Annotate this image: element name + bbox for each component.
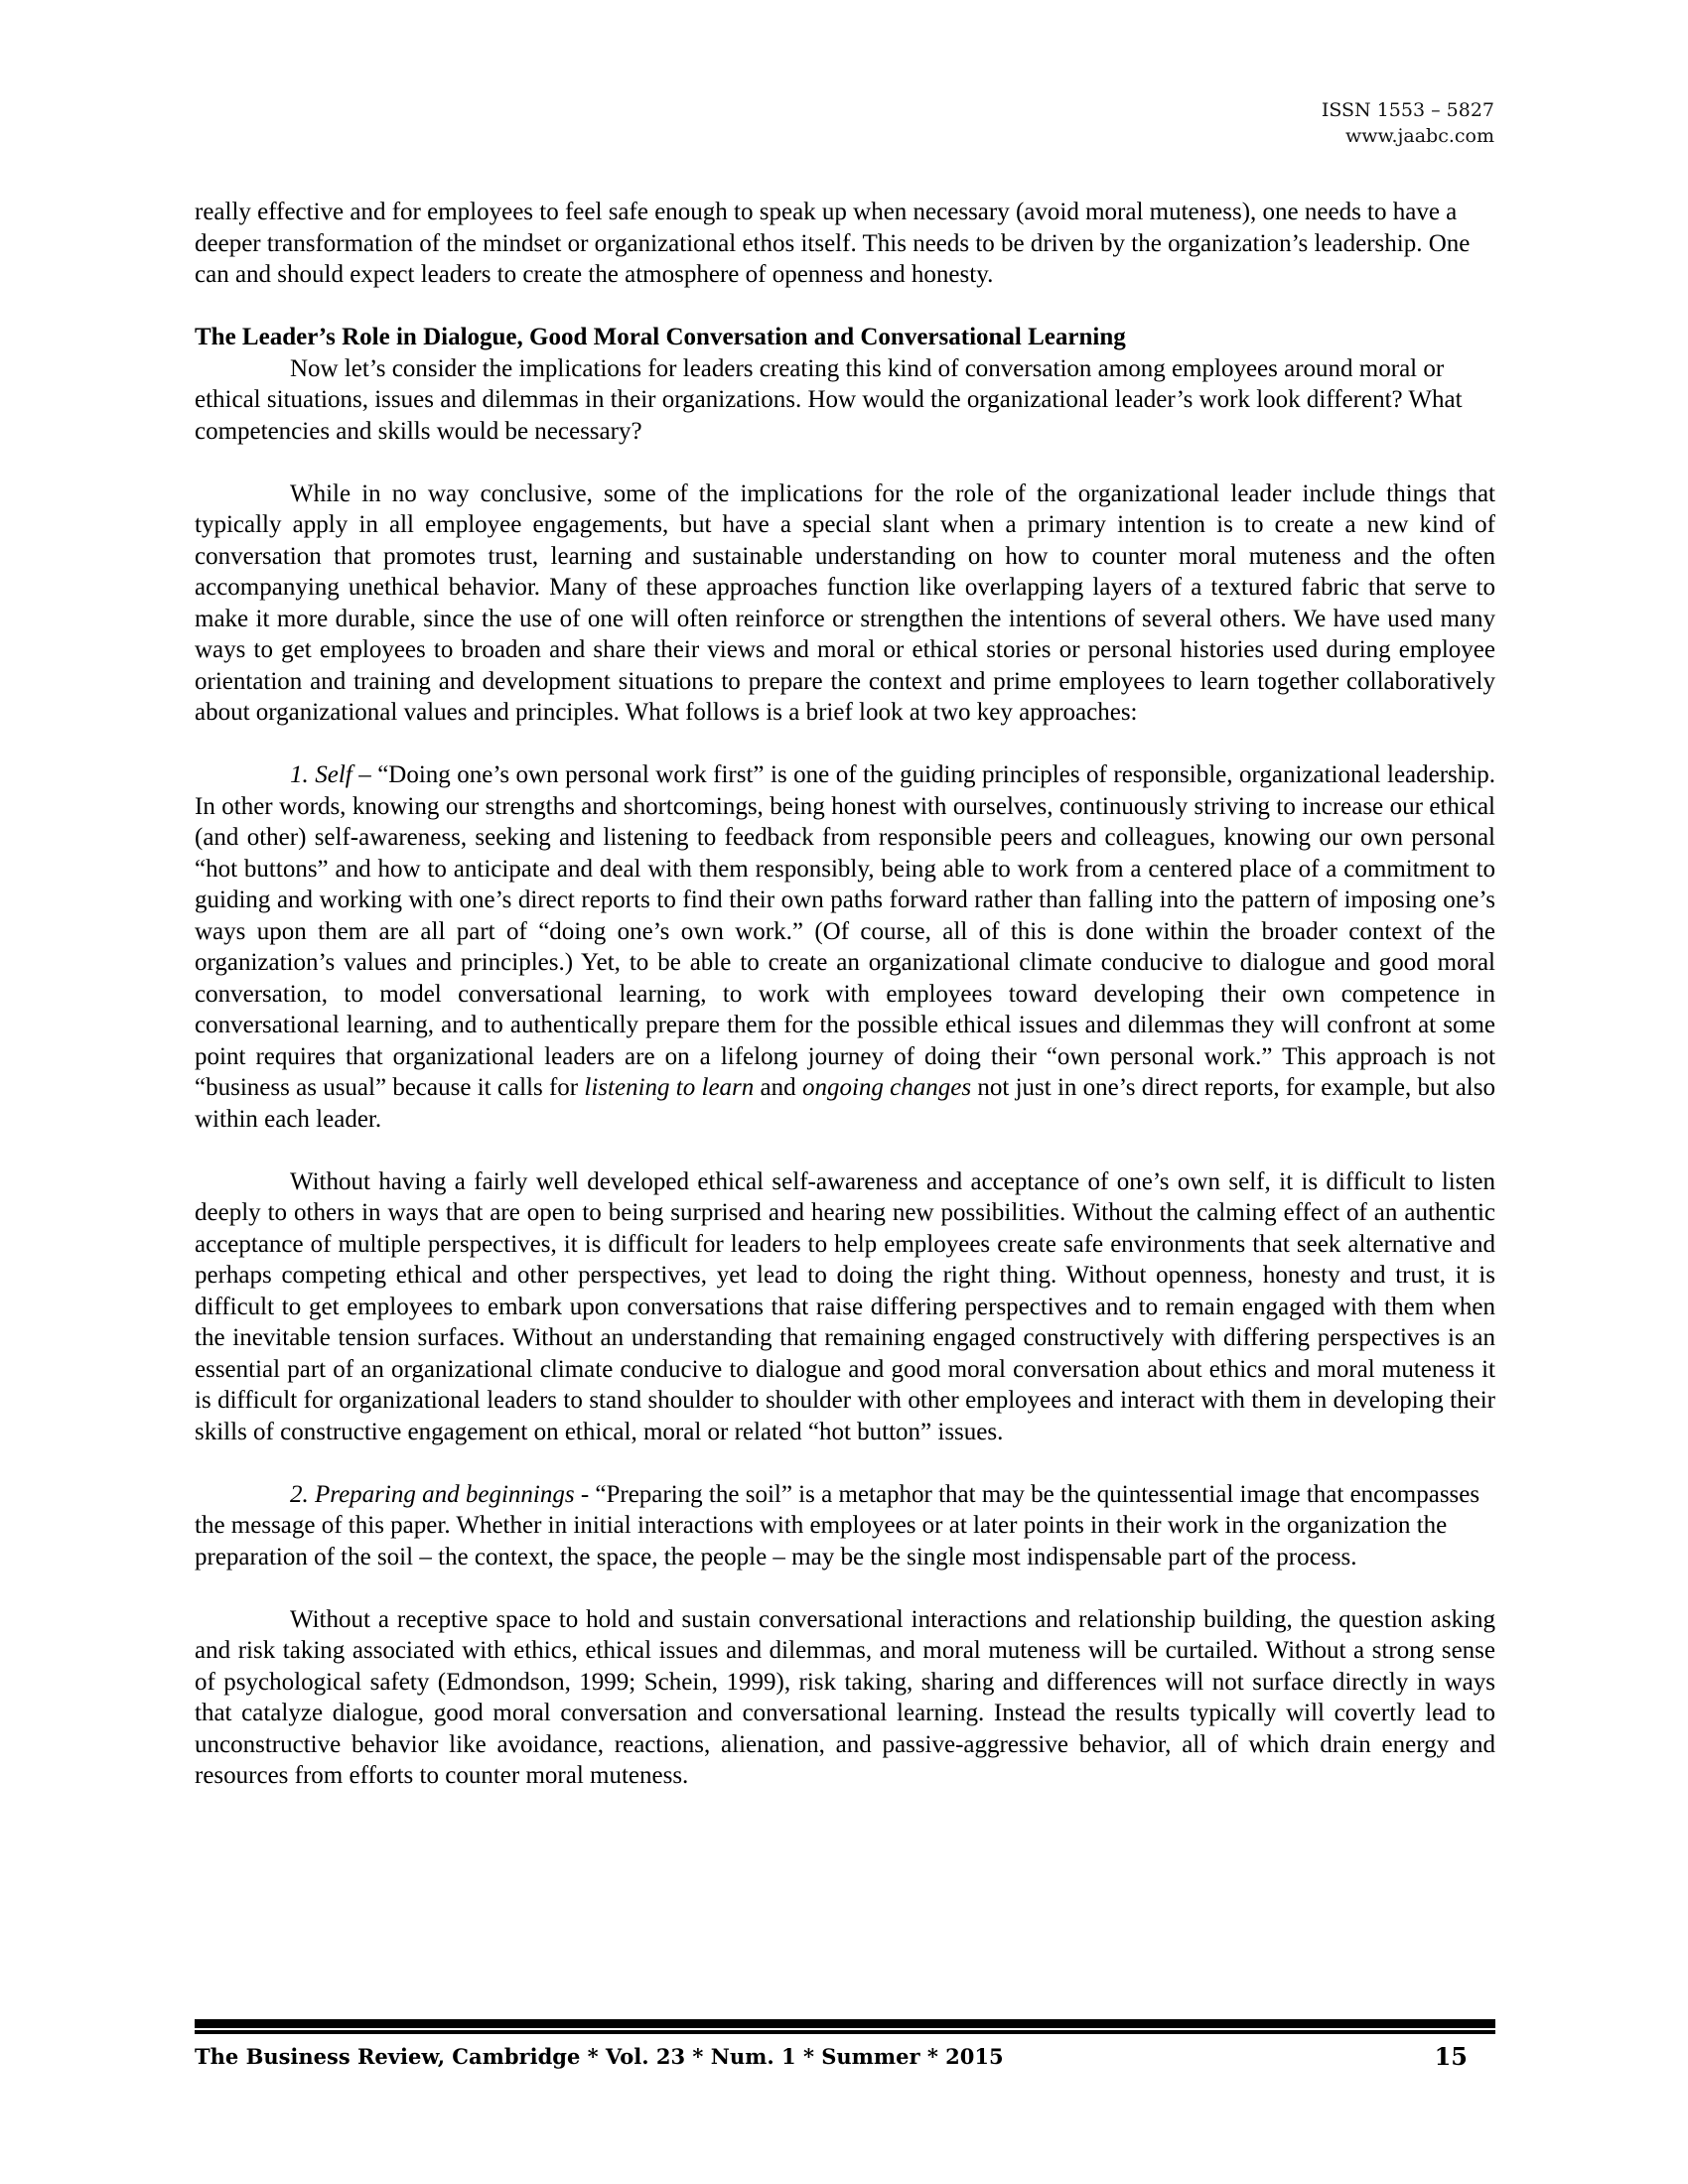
footer-rule-thin-wrap xyxy=(195,2030,1495,2035)
paragraph-self: 1. Self – “Doing one’s own personal work… xyxy=(195,759,1495,1135)
website-link: www.jaabc.com xyxy=(1322,123,1494,149)
footer-divider xyxy=(195,2019,1495,2035)
emphasis-listening: listening to learn xyxy=(584,1074,754,1101)
journal-citation: The Business Review, Cambridge * Vol. 23… xyxy=(195,2044,1004,2069)
paragraph-self-awareness: Without having a fairly well developed e… xyxy=(195,1166,1495,1448)
page-footer: The Business Review, Cambridge * Vol. 23… xyxy=(195,2043,1495,2071)
body-text: really effective and for employees to fe… xyxy=(195,197,1495,1823)
paragraph-preparing: 2. Preparing and beginnings - “Preparing… xyxy=(195,1479,1495,1573)
footer-rule-thin xyxy=(195,2030,1495,2034)
section-heading: The Leader’s Role in Dialogue, Good Mora… xyxy=(195,322,1495,353)
item-label-self: 1. Self xyxy=(290,761,352,788)
paragraph-continuation: really effective and for employees to fe… xyxy=(195,197,1495,291)
page-header: ISSN 1553 – 5827 www.jaabc.com xyxy=(1322,97,1494,149)
issn-label: ISSN 1553 – 5827 xyxy=(1322,97,1494,123)
document-page: ISSN 1553 – 5827 www.jaabc.com really ef… xyxy=(0,0,1688,2184)
emphasis-ongoing-changes: ongoing changes xyxy=(802,1074,971,1101)
page-number: 15 xyxy=(1435,2043,1468,2071)
item-label-preparing: 2. Preparing and beginnings xyxy=(290,1481,575,1508)
paragraph-approaches-intro: While in no way conclusive, some of the … xyxy=(195,478,1495,729)
footer-rule-thick xyxy=(195,2019,1495,2028)
paragraph-implications: Now let’s consider the implications for … xyxy=(195,353,1495,448)
self-text-a: – “Doing one’s own personal work first” … xyxy=(195,761,1495,1101)
paragraph-receptive-space: Without a receptive space to hold and su… xyxy=(195,1604,1495,1792)
self-text-b: and xyxy=(754,1074,802,1101)
